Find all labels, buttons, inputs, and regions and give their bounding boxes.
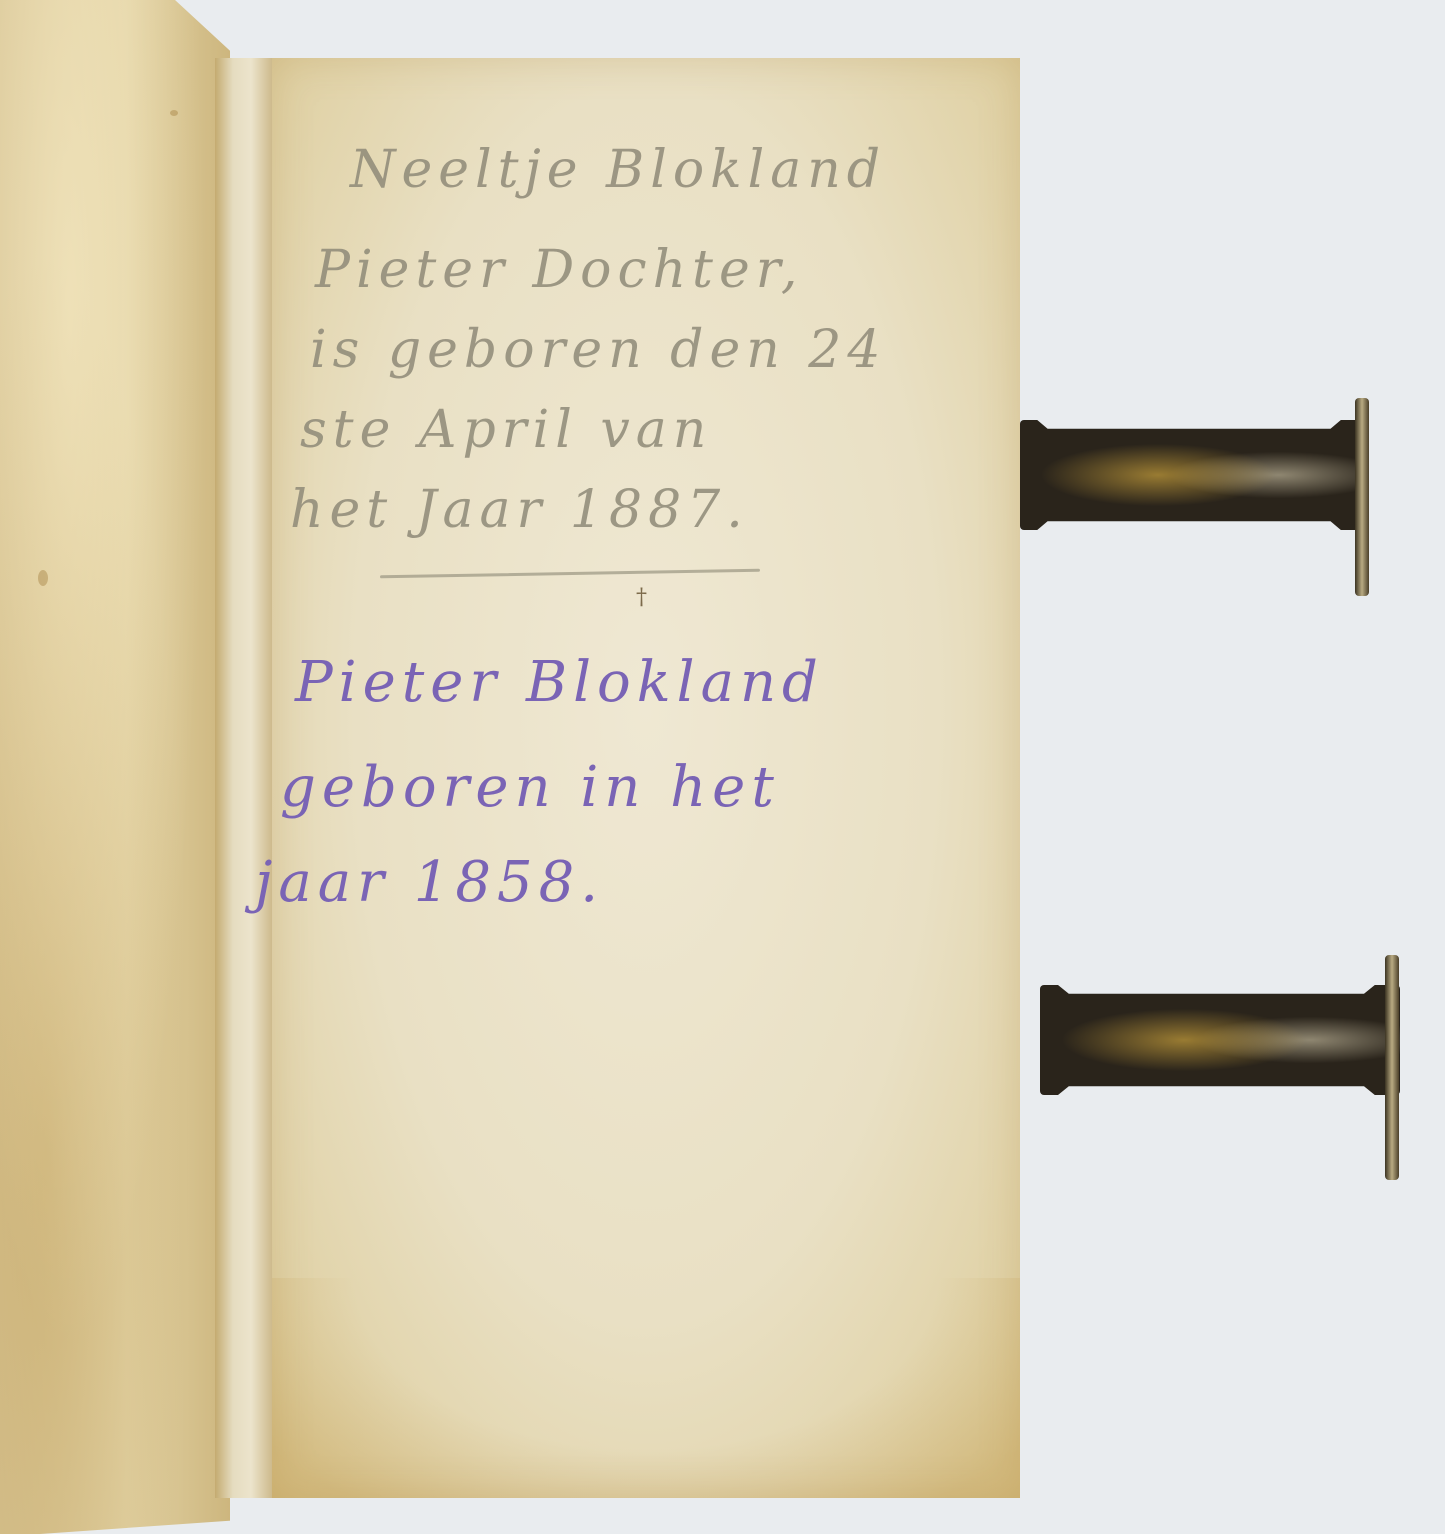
pencil-inscription-line-3: is geboren den 24 <box>310 320 886 380</box>
lower-clasp <box>1040 985 1400 1095</box>
book-photo: Neeltje Blokland Pieter Dochter, is gebo… <box>0 0 1445 1534</box>
pencil-inscription-line-4: ste April van <box>300 400 712 460</box>
pencil-inscription-line-5: het Jaar 1887. <box>290 480 749 540</box>
foxing-spot <box>38 570 48 586</box>
pencil-inscription-line-2: Pieter Dochter, <box>315 240 803 300</box>
violet-inscription-line-1: Pieter Blokland <box>295 650 824 715</box>
small-mark: † <box>636 585 647 610</box>
foxing-spot <box>170 110 178 116</box>
violet-inscription-line-3: jaar 1858. <box>255 850 604 915</box>
upper-clasp-hinge <box>1355 398 1369 596</box>
book-gutter <box>215 58 276 1498</box>
left-facing-page <box>0 0 230 1534</box>
lower-clasp-hinge <box>1385 955 1399 1180</box>
violet-inscription-line-2: geboren in het <box>280 755 780 820</box>
pencil-inscription-line-1: Neeltje Blokland <box>350 140 886 200</box>
upper-clasp <box>1020 420 1365 530</box>
water-stain <box>272 1278 1020 1498</box>
